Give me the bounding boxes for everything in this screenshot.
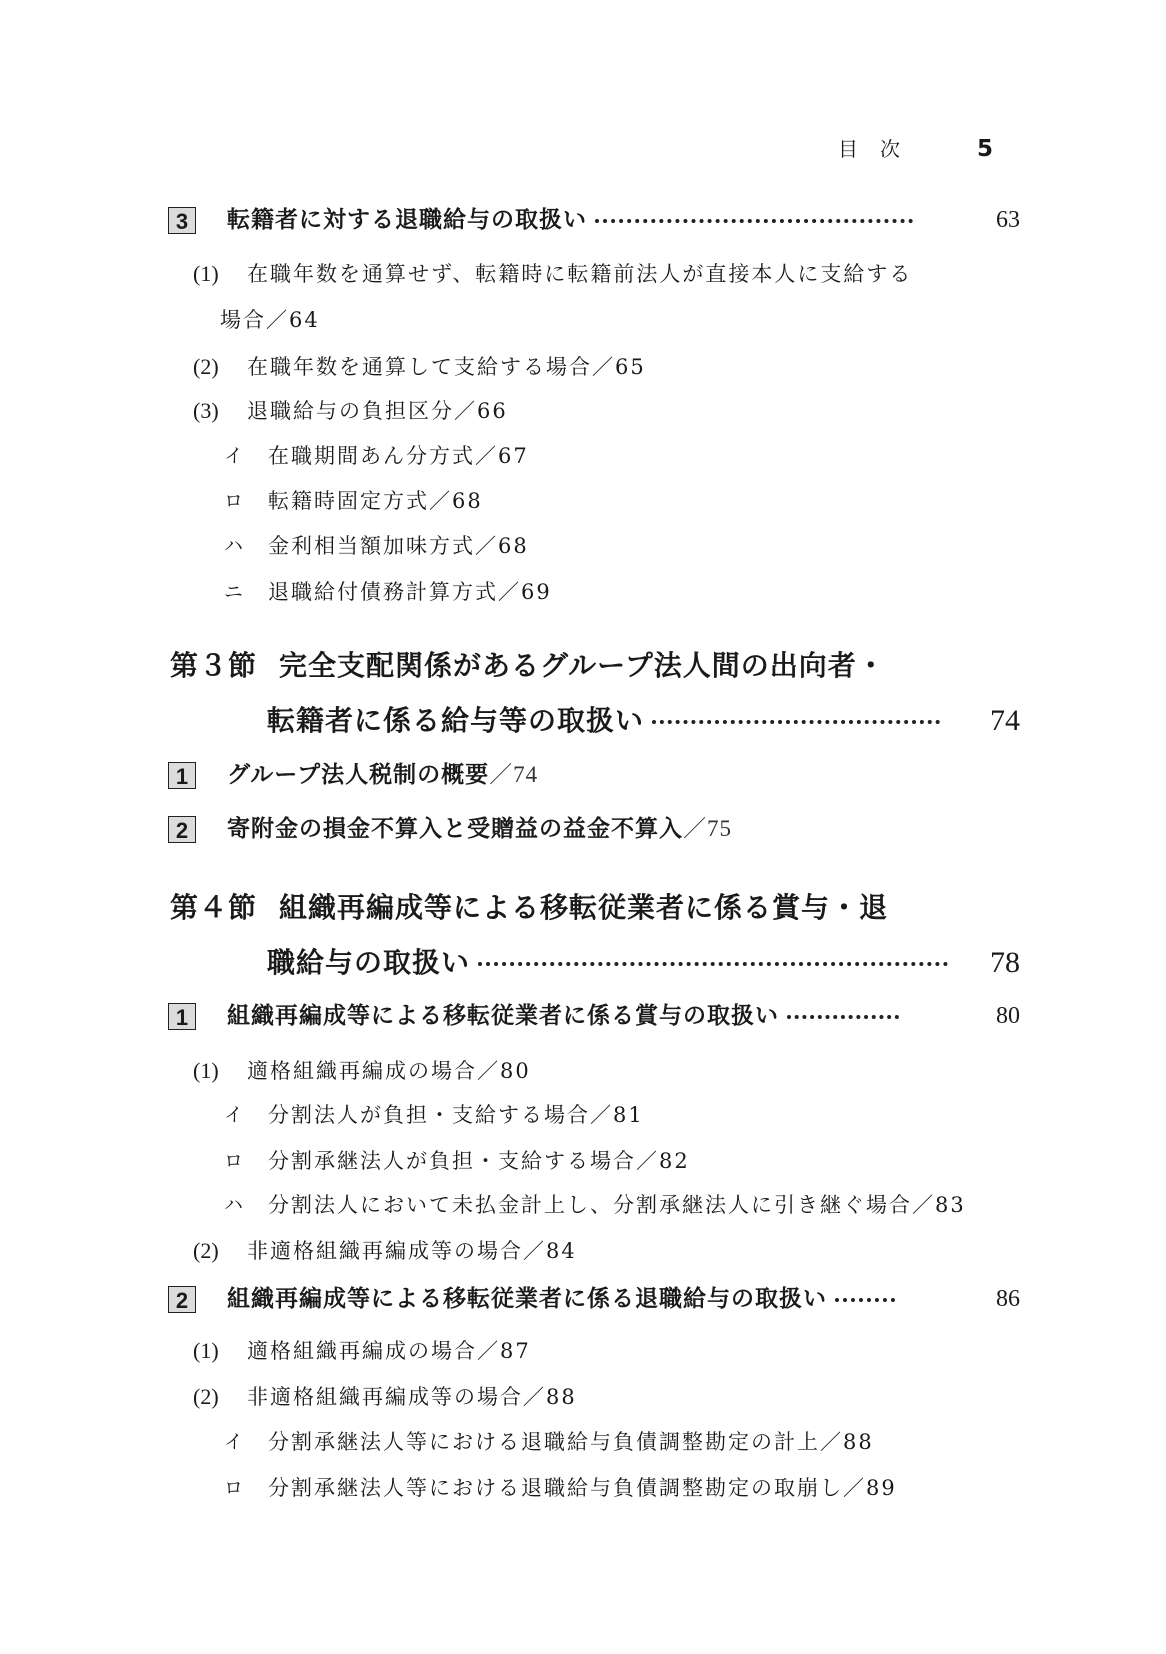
toc-entry[interactable]: ニ 退職給付債務計算方式／69 bbox=[0, 574, 1166, 610]
toc-entry[interactable]: 2 寄附金の損金不算入と受贈益の益金不算入／75 bbox=[0, 811, 1166, 847]
subsub-marker: イ bbox=[224, 1097, 243, 1133]
item-number-box: 1 bbox=[168, 1003, 196, 1030]
entry-title: 退職給付債務計算方式／69 bbox=[268, 574, 552, 610]
entry-title: 金利相当額加味方式／68 bbox=[268, 528, 529, 564]
page-ref: 74 bbox=[990, 703, 1020, 739]
page-ref: ／75 bbox=[683, 816, 732, 841]
page-ref: ／74 bbox=[489, 762, 538, 787]
dot-leader bbox=[478, 962, 948, 966]
subsub-marker: ハ bbox=[224, 528, 243, 564]
toc-entry[interactable]: 1 グループ法人税制の概要／74 bbox=[0, 757, 1166, 793]
entry-title: 転籍者に対する退職給与の取扱い bbox=[227, 207, 587, 233]
entry-title: 分割承継法人等における退職給与負債調整勘定の計上／88 bbox=[268, 1424, 874, 1460]
toc-entry[interactable]: (2) 非適格組織再編成等の場合／84 bbox=[0, 1233, 1166, 1269]
section-label: 第３節 bbox=[170, 649, 257, 682]
page-ref: 63 bbox=[996, 202, 1020, 238]
toc-section-heading[interactable]: 第４節組織再編成等による移転従業者に係る賞与・退 bbox=[0, 890, 1166, 926]
sub-marker: (1) bbox=[193, 1333, 219, 1369]
subsub-marker: ロ bbox=[224, 1143, 243, 1179]
toc-entry[interactable]: イ 分割法人が負担・支給する場合／81 bbox=[0, 1097, 1166, 1133]
entry-title: 退職給与の負担区分／66 bbox=[247, 393, 508, 429]
toc-entry[interactable]: (2) 在職年数を通算して支給する場合／65 bbox=[0, 349, 1166, 385]
page-ref: 86 bbox=[996, 1281, 1020, 1317]
toc-entry[interactable]: 3 転籍者に対する退職給与の取扱い 63 bbox=[0, 202, 1166, 238]
toc-entry[interactable]: ロ 分割承継法人が負担・支給する場合／82 bbox=[0, 1143, 1166, 1179]
entry-title: 適格組織再編成の場合／87 bbox=[247, 1333, 531, 1369]
entry-title: 転籍時固定方式／68 bbox=[268, 483, 483, 519]
running-head-title: 目次 bbox=[838, 134, 922, 164]
item-number-box: 2 bbox=[168, 816, 196, 843]
entry-title: 適格組織再編成の場合／80 bbox=[247, 1053, 531, 1089]
toc-entry[interactable]: ロ 転籍時固定方式／68 bbox=[0, 483, 1166, 519]
entry-title-continuation: 場合／64 bbox=[220, 302, 320, 338]
entry-title: 非適格組織再編成等の場合／88 bbox=[247, 1379, 577, 1415]
section-title-continuation: 転籍者に係る給与等の取扱い bbox=[267, 704, 644, 737]
section-title: 組織再編成等による移転従業者に係る賞与・退 bbox=[279, 891, 888, 924]
toc-entry[interactable]: (1) 適格組織再編成の場合／87 bbox=[0, 1333, 1166, 1369]
section-title: 完全支配関係があるグループ法人間の出向者・ bbox=[279, 649, 886, 682]
sub-marker: (2) bbox=[193, 1379, 219, 1415]
toc-entry[interactable]: イ 分割承継法人等における退職給与負債調整勘定の計上／88 bbox=[0, 1424, 1166, 1460]
toc-entry[interactable]: 2 組織再編成等による移転従業者に係る退職給与の取扱い 86 bbox=[0, 1281, 1166, 1317]
toc-section-heading-continuation[interactable]: 転籍者に係る給与等の取扱い 74 bbox=[0, 703, 1166, 739]
entry-title: 組織再編成等による移転従業者に係る賞与の取扱い bbox=[227, 1003, 779, 1029]
page-ref: 80 bbox=[996, 998, 1020, 1034]
entry-title: 非適格組織再編成等の場合／84 bbox=[247, 1233, 577, 1269]
subsub-marker: ロ bbox=[224, 1470, 243, 1506]
toc-entry-continuation[interactable]: 場合／64 bbox=[0, 302, 1166, 338]
sub-marker: (1) bbox=[193, 256, 219, 292]
toc-entry[interactable]: (3) 退職給与の負担区分／66 bbox=[0, 393, 1166, 429]
sub-marker: (2) bbox=[193, 349, 219, 385]
entry-title: 分割法人において未払金計上し、分割承継法人に引き継ぐ場合／83 bbox=[268, 1187, 966, 1223]
toc-entry[interactable]: (1) 適格組織再編成の場合／80 bbox=[0, 1053, 1166, 1089]
item-number-box: 1 bbox=[168, 762, 196, 789]
item-number-box: 3 bbox=[168, 207, 196, 234]
entry-title: 分割承継法人等における退職給与負債調整勘定の取崩し／89 bbox=[268, 1470, 897, 1506]
page-number: 5 bbox=[977, 134, 993, 164]
toc-section-heading-continuation[interactable]: 職給与の取扱い 78 bbox=[0, 945, 1166, 981]
dot-leader bbox=[835, 1298, 895, 1302]
sub-marker: (1) bbox=[193, 1053, 219, 1089]
toc-entry[interactable]: ハ 金利相当額加味方式／68 bbox=[0, 528, 1166, 564]
toc-entry[interactable]: (2) 非適格組織再編成等の場合／88 bbox=[0, 1379, 1166, 1415]
subsub-marker: ハ bbox=[224, 1187, 243, 1223]
entry-title: 在職期間あん分方式／67 bbox=[268, 438, 529, 474]
section-label: 第４節 bbox=[170, 891, 257, 924]
item-number-box: 2 bbox=[168, 1286, 196, 1313]
sub-marker: (2) bbox=[193, 1233, 219, 1269]
entry-title: 分割承継法人が負担・支給する場合／82 bbox=[268, 1143, 690, 1179]
entry-title: グループ法人税制の概要 bbox=[227, 762, 489, 788]
dot-leader bbox=[652, 720, 940, 724]
toc-entry[interactable]: ハ 分割法人において未払金計上し、分割承継法人に引き継ぐ場合／83 bbox=[0, 1187, 1166, 1223]
entry-title: 在職年数を通算して支給する場合／65 bbox=[247, 349, 646, 385]
subsub-marker: イ bbox=[224, 1424, 243, 1460]
entry-title: 寄附金の損金不算入と受贈益の益金不算入 bbox=[227, 816, 683, 842]
toc-entry[interactable]: ロ 分割承継法人等における退職給与負債調整勘定の取崩し／89 bbox=[0, 1470, 1166, 1506]
toc-page: 目次 5 3 転籍者に対する退職給与の取扱い 63 (1) 在職年数を通算せず、… bbox=[0, 0, 1166, 1654]
subsub-marker: ニ bbox=[224, 574, 243, 610]
entry-title: 組織再編成等による移転従業者に係る退職給与の取扱い bbox=[227, 1286, 827, 1312]
toc-entry[interactable]: 1 組織再編成等による移転従業者に係る賞与の取扱い 80 bbox=[0, 998, 1166, 1034]
entry-title: 在職年数を通算せず、転籍時に転籍前法人が直接本人に支給する bbox=[247, 256, 912, 292]
entry-title: 分割法人が負担・支給する場合／81 bbox=[268, 1097, 644, 1133]
subsub-marker: ロ bbox=[224, 483, 243, 519]
dot-leader bbox=[787, 1015, 899, 1019]
dot-leader bbox=[595, 219, 913, 223]
subsub-marker: イ bbox=[224, 438, 243, 474]
page-ref: 78 bbox=[990, 945, 1020, 981]
section-title-continuation: 職給与の取扱い bbox=[267, 946, 470, 979]
toc-entry[interactable]: イ 在職期間あん分方式／67 bbox=[0, 438, 1166, 474]
toc-entry[interactable]: (1) 在職年数を通算せず、転籍時に転籍前法人が直接本人に支給する bbox=[0, 256, 1166, 292]
toc-section-heading[interactable]: 第３節完全支配関係があるグループ法人間の出向者・ bbox=[0, 648, 1166, 684]
sub-marker: (3) bbox=[193, 393, 219, 429]
